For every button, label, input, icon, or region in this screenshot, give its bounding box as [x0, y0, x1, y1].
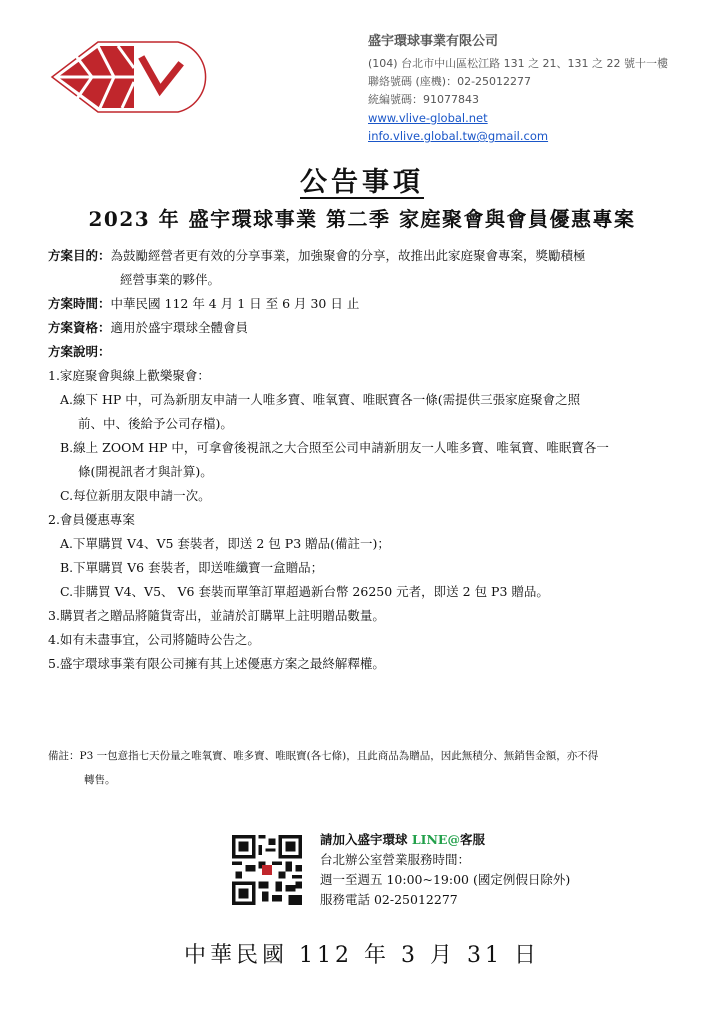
line-qr-code[interactable] [232, 835, 302, 905]
section-5: 5.盛宇環球事業有限公司擁有其上述優惠方案之最終解釋權。 [48, 652, 688, 676]
purpose-label: 方案目的： [48, 244, 111, 268]
purpose-value-cont: 經營事業的夥伴。 [48, 268, 688, 292]
section-1b: B.線上 ZOOM HP 中，可拿會後視訊之大合照至公司申請新朋友一人唯多寶、唯… [48, 436, 688, 460]
footnote: 備註：P3 一包意指七天份量之唯氧寶、唯多寶、唯眠寶(各七條)，且此商品為贈品，… [48, 744, 688, 792]
company-logo [48, 38, 218, 116]
eligibility-label: 方案資格： [48, 316, 111, 340]
website-link[interactable]: www.vlive-global.net [368, 109, 668, 127]
footnote-line1: 備註：P3 一包意指七天份量之唯氧寶、唯多寶、唯眠寶(各七條)，且此商品為贈品，… [48, 744, 688, 768]
section-1c: C.每位新朋友限申請一次。 [48, 484, 688, 508]
company-address: (104) 台北市中山區松江路 131 之 21、131 之 22 號十一樓 [368, 55, 668, 73]
announcement-date: 中華民國 112 年 3 月 31 日 [0, 938, 724, 969]
contact-info: 請加入盛宇環球 LINE@客服 台北辦公室營業服務時間： 週一至週五 10:00… [320, 830, 570, 910]
eligibility-value: 適用於盛宇環球全體會員 [111, 316, 249, 340]
section-1a: A.線下 HP 中，可為新朋友申請一人唯多寶、唯氧寶、唯眠寶各一條(需提供三張家… [48, 388, 688, 412]
announcement-body: 方案目的： 為鼓勵經營者更有效的分享事業，加強聚會的分享，故推出此家庭聚會專案，… [48, 244, 688, 676]
company-info: 盛宇環球事業有限公司 (104) 台北市中山區松江路 131 之 21、131 … [368, 30, 668, 145]
page-subtitle: 2023 年 盛宇環球事業 第二季 家庭聚會與會員優惠專案 [0, 203, 724, 232]
email-link[interactable]: info.vlive.global.tw@gmail.com [368, 127, 668, 145]
section-4: 4.如有未盡事宜，公司將隨時公告之。 [48, 628, 688, 652]
section-2c: C.非購買 V4、V5、 V6 套裝而單筆訂單超過新台幣 26250 元者，即送… [48, 580, 688, 604]
purpose-value: 為鼓勵經營者更有效的分享事業，加強聚會的分享，故推出此家庭聚會專案，獎勵積極 [111, 244, 586, 268]
line-heading: 請加入盛宇環球 LINE@客服 [320, 830, 570, 850]
section-1a-cont: 前、中、後給予公司存檔)。 [48, 412, 688, 436]
company-name: 盛宇環球事業有限公司 [368, 30, 668, 49]
section-2b: B.下單購買 V6 套裝者，即送唯纖寶一盒贈品； [48, 556, 688, 580]
footnote-line2: 轉售。 [48, 768, 688, 792]
office-hours-title: 台北辦公室營業服務時間： [320, 850, 570, 870]
period-value: 中華民國 112 年 4 月 1 日 至 6 月 30 日 止 [111, 292, 360, 316]
section-1b-cont: 條(開視訊者才與計算)。 [48, 460, 688, 484]
period-label: 方案時間： [48, 292, 111, 316]
section-3: 3.購買者之贈品將隨貨寄出，並請於訂購單上註明贈品數量。 [48, 604, 688, 628]
office-hours: 週一至週五 10:00~19:00 (國定例假日除外) [320, 870, 570, 890]
page-title: 公告事項 [0, 160, 724, 199]
description-label: 方案說明： [48, 340, 688, 364]
service-phone: 服務電話 02-25012277 [320, 890, 570, 910]
company-phone: 聯絡號碼 (座機)：02-25012277 [368, 73, 668, 91]
section-2: 2.會員優惠專案 [48, 508, 688, 532]
section-1: 1.家庭聚會與線上歡樂聚會： [48, 364, 688, 388]
line-at-label[interactable]: LINE@ [412, 832, 460, 847]
company-tax-id: 統編號碼：91077843 [368, 91, 668, 109]
section-2a: A.下單購買 V4、V5 套裝者，即送 2 包 P3 贈品(備註一)； [48, 532, 688, 556]
